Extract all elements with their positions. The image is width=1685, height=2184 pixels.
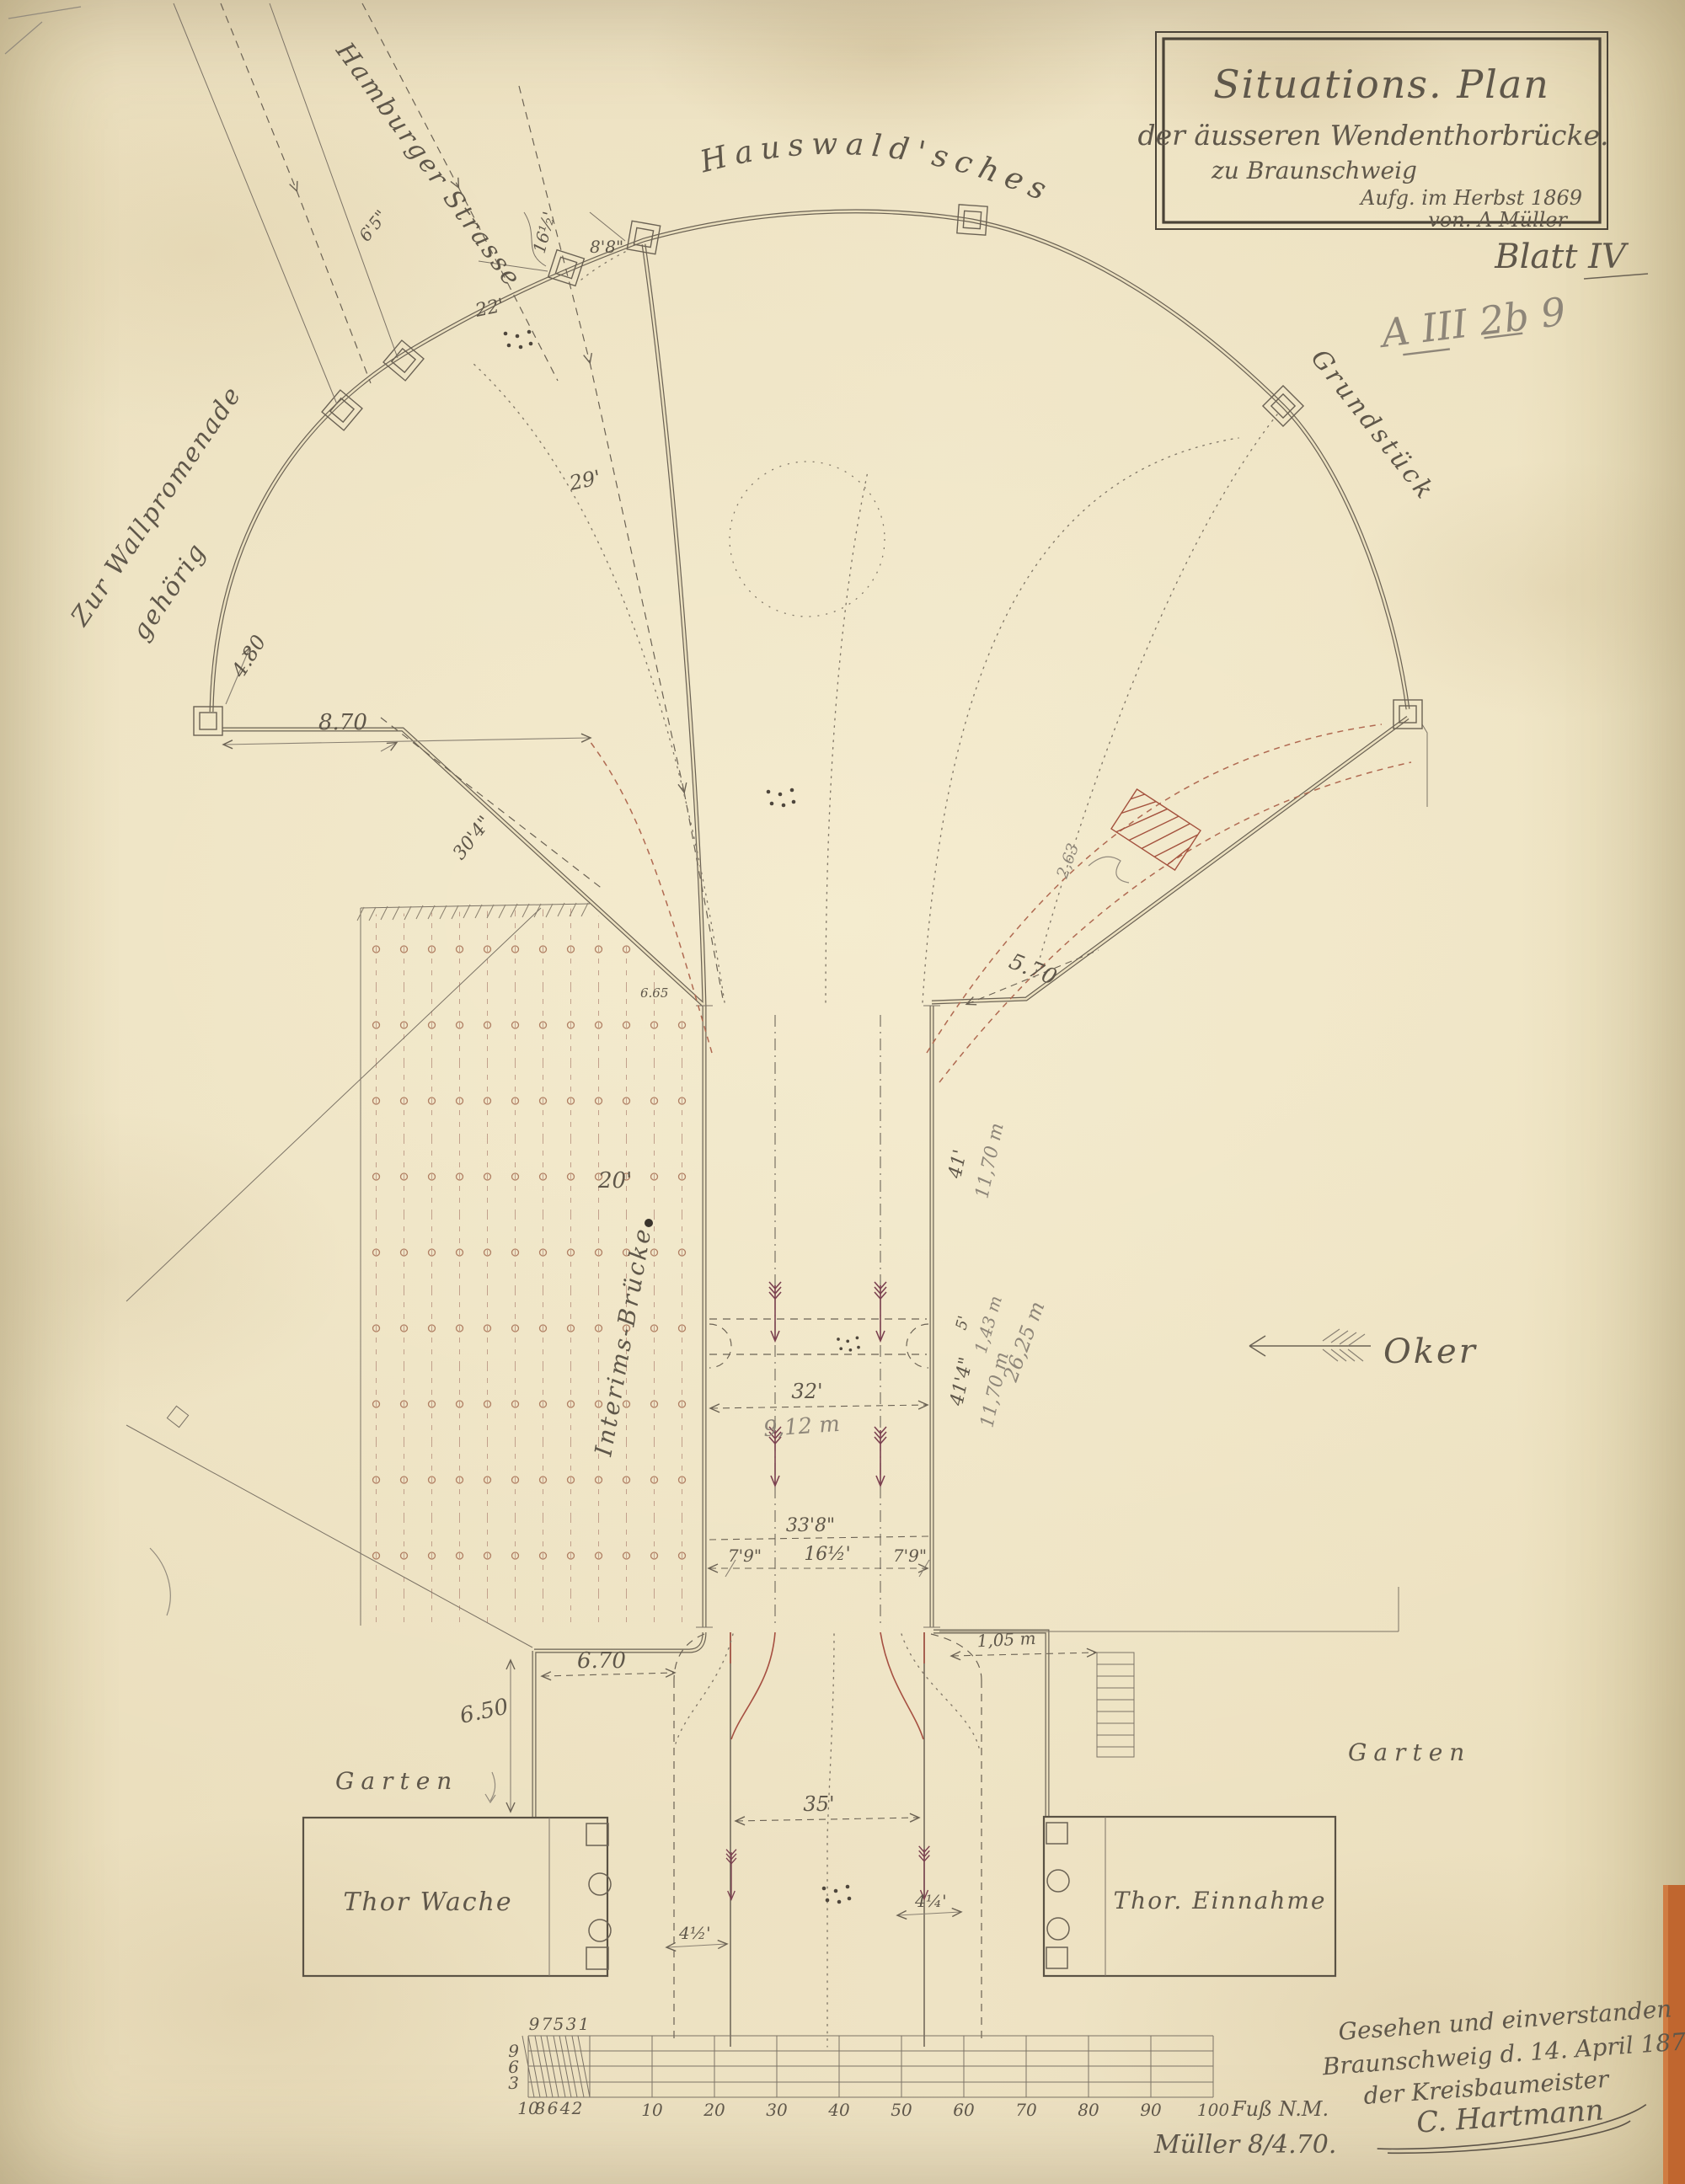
red-hatch-patch — [1089, 789, 1201, 883]
dim-30-4: 30'4" — [449, 812, 496, 863]
scale-bar: 9 7 5 3 1 9 6 3 10 8 6 4 2 10 20 30 40 5… — [508, 2014, 1336, 2160]
dim-7-9-right: 7'9" — [893, 1546, 927, 1566]
scale-left-3: 3 — [508, 2073, 519, 2093]
dim-7-9-left: 7'9" — [728, 1546, 762, 1566]
gate-posts — [194, 205, 1422, 735]
dim-1-43m: 1,43 m — [971, 1294, 1006, 1356]
label-hauswald: Hauswald'sches — [696, 127, 1058, 211]
scale-top-5: 5 — [554, 2014, 564, 2034]
scale-70: 70 — [1015, 2100, 1037, 2120]
scale-50: 50 — [891, 2100, 912, 2120]
dim-4-80: 4.80 — [227, 631, 271, 682]
scale-top-7: 7 — [542, 2014, 553, 2034]
dim-33-8: 33'8" — [786, 1515, 835, 1536]
label-grundstueck: Grundstück — [1305, 344, 1442, 506]
dim-2-63: 2,63 — [1053, 841, 1083, 881]
scale-30: 30 — [766, 2100, 788, 2120]
scale-unit-6: 6 — [548, 2098, 559, 2118]
dim-5: 5' — [953, 1314, 974, 1332]
label-thor-wache: Thor Wache — [343, 1888, 512, 1917]
scale-top-3: 3 — [566, 2014, 577, 2034]
svg-text:A III 2b 9: A III 2b 9 — [1376, 289, 1568, 357]
stairs — [1097, 1653, 1134, 1757]
dim-11-70m-a: 11,70 m — [971, 1121, 1008, 1200]
scale-top-9: 9 — [529, 2014, 540, 2034]
title-line4: Aufg. im Herbst 1869 — [1359, 186, 1582, 210]
dim-6-5: 6'5" — [355, 206, 392, 245]
title-line3: zu Braunschweig — [1211, 157, 1417, 184]
dim-35: 35' — [803, 1792, 834, 1816]
dim-8-8: 8'8" — [590, 237, 623, 257]
hamburger-strasse-roads — [174, 3, 723, 999]
dim-6-70: 6.70 — [577, 1648, 626, 1674]
dim-6-65: 6.65 — [640, 985, 668, 1001]
archive-mark: A III 2b 9 — [1376, 289, 1569, 358]
scale-90: 90 — [1140, 2100, 1162, 2120]
scale-unit-2: 2 — [571, 2098, 583, 2118]
dim-22: 22' — [473, 295, 505, 322]
dim-20: 20' — [597, 1168, 632, 1193]
plan-drawing: Situations. Plan der äusseren Wendenthor… — [0, 0, 1685, 2184]
oker-flow-arrow — [1249, 1329, 1371, 1361]
label-hamburger-strasse: Hamburger Strasse — [329, 36, 527, 293]
dim-4half: 4½' — [678, 1923, 711, 1943]
certification-note: Gesehen und einverstanden Braunschweig d… — [1319, 1993, 1685, 2160]
scale-80: 80 — [1078, 2100, 1099, 2120]
label-thor-einnahme: Thor. Einnahme — [1114, 1887, 1327, 1914]
scale-unit-8: 8 — [535, 2098, 546, 2118]
dim-41: 41' — [944, 1148, 971, 1181]
dim-5-70: 5.70 — [1005, 949, 1060, 991]
label-garten-right: Garten — [1348, 1738, 1471, 1766]
scale-author-date: Müller 8/4.70. — [1153, 2130, 1336, 2160]
dim-6-50: 6.50 — [457, 1694, 511, 1728]
scale-100: 100 — [1197, 2100, 1229, 2120]
dim-4quarter: 4¼' — [914, 1891, 947, 1911]
title-block: Situations. Plan der äusseren Wendenthor… — [1137, 32, 1608, 232]
scale-unit-4: 4 — [559, 2098, 571, 2118]
scale-unit-label: Fuß N.M. — [1231, 2097, 1329, 2121]
sheet-label: Blatt IV — [1494, 238, 1629, 276]
dim-29: 29' — [566, 466, 602, 495]
label-garten-left: Garten — [335, 1767, 458, 1795]
area-labels: Hauswald'sches Hamburger Strasse Zur Wal… — [65, 36, 1478, 1917]
dim-16half-bridge: 16½' — [804, 1544, 850, 1565]
dim-16half-top: 16½' — [529, 209, 559, 255]
label-oker: Oker — [1383, 1332, 1478, 1371]
dim-1-05m: 1,05 m — [976, 1628, 1036, 1652]
scale-60: 60 — [953, 2100, 975, 2120]
scale-40: 40 — [827, 2100, 850, 2120]
scale-10: 10 — [641, 2100, 663, 2120]
ink-dot — [645, 1219, 653, 1227]
title-line2: der äusseren Wendenthorbrücke. — [1137, 119, 1608, 152]
dim-41-4: 41'4" — [946, 1355, 977, 1408]
interim-bridge — [357, 903, 704, 1626]
dim-8-70: 8.70 — [318, 710, 367, 735]
dim-9-12m: 9,12 m — [762, 1412, 841, 1442]
title-line1: Situations. Plan — [1213, 61, 1550, 107]
plan-sheet: Situations. Plan der äusseren Wendenthor… — [0, 0, 1685, 2184]
dim-32: 32' — [791, 1380, 822, 1403]
title-line5: von. A Müller — [1428, 208, 1568, 232]
scale-20: 20 — [703, 2100, 725, 2120]
dim-11-70m-b: 11,70 m — [976, 1350, 1013, 1429]
scale-top-1: 1 — [579, 2014, 590, 2034]
